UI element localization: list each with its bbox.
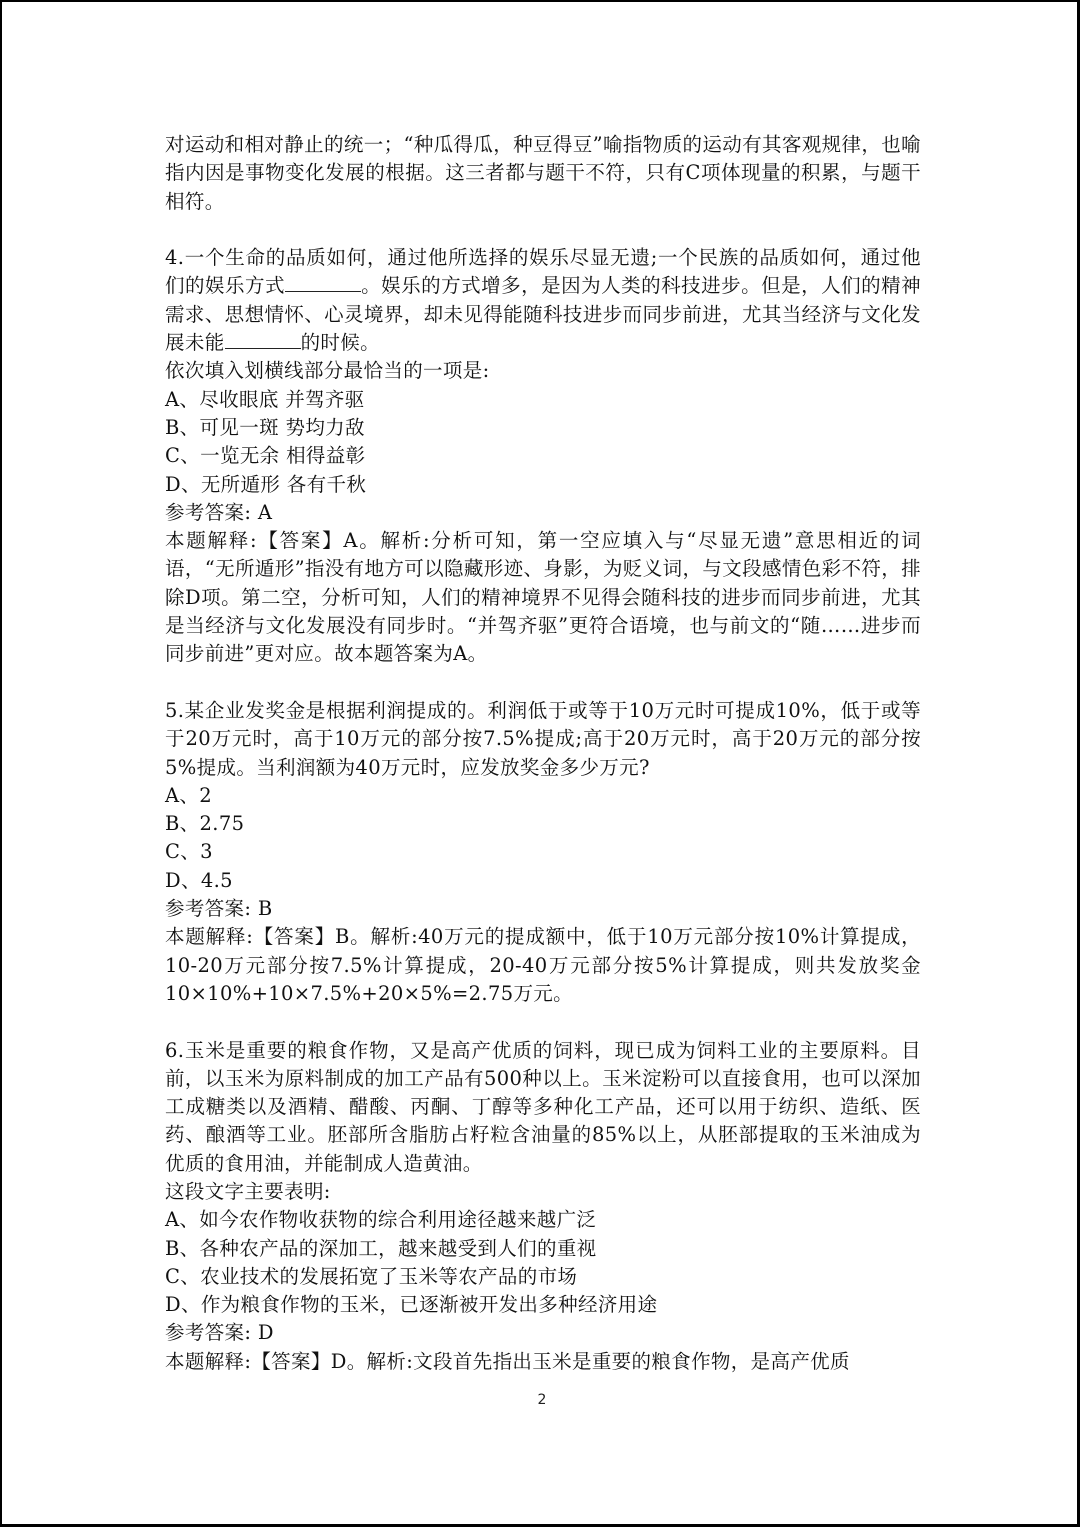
option-d: D、无所遁形 各有千秋 bbox=[165, 471, 921, 499]
document-page: 对运动和相对静止的统一；“种瓜得瓜，种豆得豆”喻指物质的运动有其客观规律，也喻指… bbox=[0, 0, 1080, 1527]
spacer bbox=[165, 669, 921, 697]
question-stem: 6.玉米是重要的粮食作物，又是高产优质的饲料，现已成为饲料工业的主要原料。目前，… bbox=[165, 1037, 921, 1178]
continuation-paragraph: 对运动和相对静止的统一；“种瓜得瓜，种豆得豆”喻指物质的运动有其客观规律，也喻指… bbox=[165, 131, 921, 216]
option-d: D、4.5 bbox=[165, 867, 921, 895]
reference-answer: 参考答案: A bbox=[165, 499, 921, 527]
page-content: 对运动和相对静止的统一；“种瓜得瓜，种豆得豆”喻指物质的运动有其客观规律，也喻指… bbox=[165, 131, 921, 1376]
question-6: 6.玉米是重要的粮食作物，又是高产优质的饲料，现已成为饲料工业的主要原料。目前，… bbox=[165, 1037, 921, 1377]
option-a: A、如今农作物收获物的综合利用途径越来越广泛 bbox=[165, 1206, 921, 1234]
reference-answer: 参考答案: D bbox=[165, 1319, 921, 1347]
question-5: 5.某企业发奖金是根据利润提成的。利润低于或等于10万元时可提成10%，低于或等… bbox=[165, 697, 921, 1008]
stem-text: 的时候。 bbox=[301, 331, 380, 354]
explanation: 本题解释:【答案】B。解析:40万元的提成额中，低于10万元部分按10%计算提成… bbox=[165, 923, 921, 1008]
explanation: 本题解释:【答案】A。解析:分析可知，第一空应填入与“尽显无遗”意思相近的词语，… bbox=[165, 527, 921, 668]
option-a: A、2 bbox=[165, 782, 921, 810]
option-c: C、农业技术的发展拓宽了玉米等农产品的市场 bbox=[165, 1263, 921, 1291]
option-d: D、作为粮食作物的玉米，已逐渐被开发出多种经济用途 bbox=[165, 1291, 921, 1319]
question-stem: 5.某企业发奖金是根据利润提成的。利润低于或等于10万元时可提成10%，低于或等… bbox=[165, 697, 921, 782]
option-a: A、尽收眼底 并驾齐驱 bbox=[165, 386, 921, 414]
question-stem: 4.一个生命的品质如何，通过他所选择的娱乐尽显无遗;一个民族的品质如何，通过他们… bbox=[165, 244, 921, 357]
reference-answer: 参考答案: B bbox=[165, 895, 921, 923]
option-c: C、3 bbox=[165, 838, 921, 866]
fill-blank bbox=[225, 330, 301, 349]
question-prompt: 依次填入划横线部分最恰当的一项是: bbox=[165, 357, 921, 385]
question-prompt: 这段文字主要表明: bbox=[165, 1178, 921, 1206]
spacer bbox=[165, 216, 921, 244]
spacer bbox=[165, 1008, 921, 1036]
option-b: B、各种农产品的深加工，越来越受到人们的重视 bbox=[165, 1235, 921, 1263]
option-b: B、可见一斑 势均力敌 bbox=[165, 414, 921, 442]
option-b: B、2.75 bbox=[165, 810, 921, 838]
fill-blank bbox=[285, 273, 361, 292]
page-number: 2 bbox=[2, 1392, 1080, 1408]
explanation: 本题解释:【答案】D。解析:文段首先指出玉米是重要的粮食作物，是高产优质 bbox=[165, 1348, 921, 1376]
option-c: C、一览无余 相得益彰 bbox=[165, 442, 921, 470]
question-4: 4.一个生命的品质如何，通过他所选择的娱乐尽显无遗;一个民族的品质如何，通过他们… bbox=[165, 244, 921, 668]
